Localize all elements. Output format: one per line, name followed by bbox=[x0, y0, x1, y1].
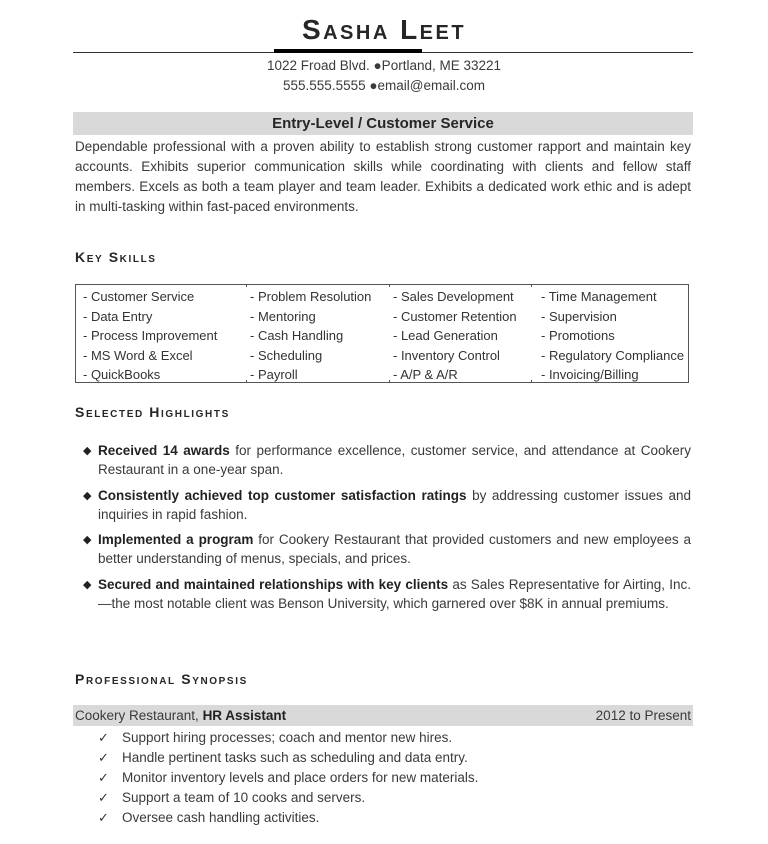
column-tick bbox=[531, 380, 532, 383]
duty-text: Support hiring processes; coach and ment… bbox=[122, 730, 452, 745]
skill-item: - Supervision bbox=[541, 307, 684, 327]
skills-column: - Customer Service- Data Entry- Process … bbox=[83, 287, 217, 385]
check-mark-icon: ✓ bbox=[98, 808, 109, 828]
duty-text: Support a team of 10 cooks and servers. bbox=[122, 790, 365, 805]
skill-item: - Cash Handling bbox=[250, 326, 371, 346]
check-mark-icon: ✓ bbox=[98, 748, 109, 768]
job-role: HR Assistant bbox=[203, 708, 287, 723]
job-header: Cookery Restaurant, HR Assistant 2012 to… bbox=[73, 705, 693, 726]
duty-text: Monitor inventory levels and place order… bbox=[122, 770, 478, 785]
objective-title: Entry-Level / Customer Service bbox=[73, 112, 693, 135]
contact-line: 555.555.5555 ●email@email.com bbox=[0, 76, 768, 96]
column-tick bbox=[389, 380, 390, 383]
column-tick bbox=[246, 284, 247, 287]
diamond-bullet-icon: ◆ bbox=[83, 487, 91, 506]
highlights-heading: Selected Highlights bbox=[75, 404, 230, 420]
synopsis-heading: Professional Synopsis bbox=[75, 671, 248, 687]
column-tick bbox=[531, 284, 532, 287]
column-tick bbox=[246, 380, 247, 383]
skill-item: - A/P & A/R bbox=[393, 365, 517, 385]
skill-item: - Customer Retention bbox=[393, 307, 517, 327]
skill-item: - Payroll bbox=[250, 365, 371, 385]
highlight-item: ◆Secured and maintained relationships wi… bbox=[98, 575, 691, 613]
highlight-bold: Secured and maintained relationships wit… bbox=[98, 577, 448, 592]
highlight-bold: Implemented a program bbox=[98, 532, 253, 547]
highlight-item: ◆Implemented a program for Cookery Resta… bbox=[98, 530, 691, 568]
skill-item: - QuickBooks bbox=[83, 365, 217, 385]
header-accent-bar bbox=[274, 49, 422, 53]
column-tick bbox=[389, 284, 390, 287]
check-mark-icon: ✓ bbox=[98, 728, 109, 748]
duty-item: ✓Monitor inventory levels and place orde… bbox=[98, 768, 478, 788]
address-line: 1022 Froad Blvd. ●Portland, ME 33221 bbox=[0, 56, 768, 76]
duty-text: Handle pertinent tasks such as schedulin… bbox=[122, 750, 468, 765]
skill-item: - Scheduling bbox=[250, 346, 371, 366]
duty-item: ✓Oversee cash handling activities. bbox=[98, 808, 478, 828]
skill-item: - Customer Service bbox=[83, 287, 217, 307]
duty-item: ✓Support hiring processes; coach and men… bbox=[98, 728, 478, 748]
key-skills-heading: Key Skills bbox=[75, 249, 157, 265]
skill-item: - Time Management bbox=[541, 287, 684, 307]
diamond-bullet-icon: ◆ bbox=[83, 531, 91, 550]
job-dates: 2012 to Present bbox=[596, 705, 691, 726]
skill-item: - Promotions bbox=[541, 326, 684, 346]
skill-item: - Data Entry bbox=[83, 307, 217, 327]
highlight-item: ◆Received 14 awards for performance exce… bbox=[98, 441, 691, 479]
skills-column: - Problem Resolution- Mentoring- Cash Ha… bbox=[250, 287, 371, 385]
skill-item: - Problem Resolution bbox=[250, 287, 371, 307]
skill-item: - Lead Generation bbox=[393, 326, 517, 346]
candidate-name: Sasha Leet bbox=[0, 12, 768, 48]
skill-item: - Inventory Control bbox=[393, 346, 517, 366]
skill-item: - Sales Development bbox=[393, 287, 517, 307]
check-mark-icon: ✓ bbox=[98, 768, 109, 788]
professional-summary: Dependable professional with a proven ab… bbox=[75, 137, 691, 217]
skill-item: - Regulatory Compliance bbox=[541, 346, 684, 366]
check-mark-icon: ✓ bbox=[98, 788, 109, 808]
duty-text: Oversee cash handling activities. bbox=[122, 810, 319, 825]
highlight-item: ◆Consistently achieved top customer sati… bbox=[98, 486, 691, 524]
diamond-bullet-icon: ◆ bbox=[83, 576, 91, 595]
job-duties-list: ✓Support hiring processes; coach and men… bbox=[98, 728, 478, 828]
skills-column: - Time Management- Supervision- Promotio… bbox=[541, 287, 684, 385]
skill-item: - MS Word & Excel bbox=[83, 346, 217, 366]
skill-item: - Process Improvement bbox=[83, 326, 217, 346]
highlight-bold: Consistently achieved top customer satis… bbox=[98, 488, 466, 503]
highlight-bold: Received 14 awards bbox=[98, 443, 230, 458]
skill-item: - Invoicing/Billing bbox=[541, 365, 684, 385]
job-company-role: Cookery Restaurant, HR Assistant bbox=[75, 705, 286, 726]
skills-column: - Sales Development- Customer Retention-… bbox=[393, 287, 517, 385]
duty-item: ✓Support a team of 10 cooks and servers. bbox=[98, 788, 478, 808]
duty-item: ✓Handle pertinent tasks such as scheduli… bbox=[98, 748, 478, 768]
skill-item: - Mentoring bbox=[250, 307, 371, 327]
key-skills-table: - Customer Service- Data Entry- Process … bbox=[75, 284, 689, 383]
diamond-bullet-icon: ◆ bbox=[83, 442, 91, 461]
job-company: Cookery Restaurant, bbox=[75, 708, 203, 723]
